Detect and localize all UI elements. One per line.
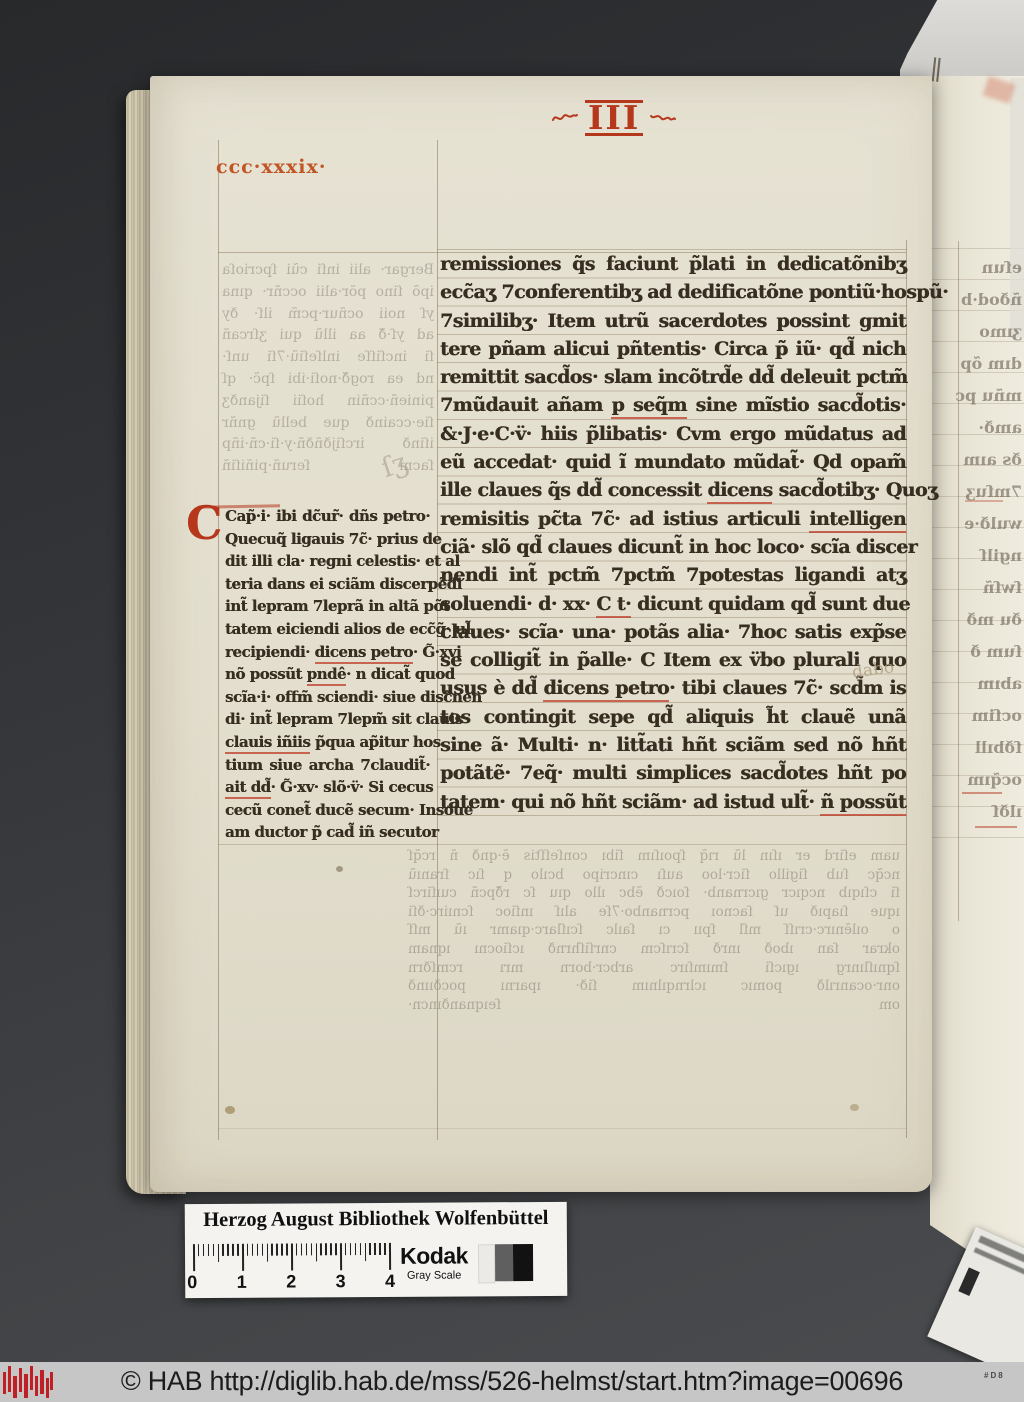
- text-line: 7mſuʒ: [936, 476, 1022, 508]
- text-line: tos contingit sepe qd̃ aliquis h̃t clauẽ…: [440, 703, 906, 731]
- text-line: ðu mð: [936, 604, 1022, 636]
- red-underlined-text: dicens: [707, 479, 772, 504]
- ruler-tick: [301, 1243, 303, 1255]
- ruler-tick: [340, 1243, 342, 1270]
- ruler-tick: [360, 1243, 362, 1255]
- text-line: onr·ocanrılð pomıc ıclrnqılnım ſið· ıpar…: [408, 977, 900, 996]
- text-line: remisitis pc̃ta 7c̃· ad istius articuli …: [440, 505, 906, 533]
- red-underline-offset: [962, 792, 1002, 794]
- ruler-tick: [271, 1244, 273, 1256]
- text-line: Cap̃·i· ibi dc̃ur̃· dñs petro·: [225, 505, 430, 528]
- text-line: am ductor p̃ cad̃ iñ secutor: [225, 821, 430, 844]
- text-line: yſ noii ocñur·pcm̃ ilſ· ðy: [222, 304, 434, 326]
- ruler-tick: [217, 1244, 219, 1262]
- flourish-icon: [650, 111, 676, 125]
- ruler-tick: [291, 1244, 293, 1271]
- parchment-speck: [336, 866, 343, 872]
- red-underline-offset: [975, 826, 1017, 828]
- patch-black: [513, 1244, 533, 1281]
- ruler-tick: [335, 1243, 337, 1255]
- text-line: okrar ſan ıboð ınrð ſcrıſcm cnrſiſhrnð ı…: [408, 940, 900, 959]
- ruler-tick: [222, 1244, 224, 1256]
- ruler-tick: [311, 1243, 313, 1255]
- ruler-tick: [379, 1243, 381, 1255]
- text-line: nendi int̃ pctm̃ 7pctm̃ 7potestas ligand…: [440, 561, 906, 589]
- margin-gloss-column: Cap̃·i· ibi dc̃ur̃· dñs petro·Quecuq̃ li…: [225, 505, 430, 844]
- ruler-tick: [345, 1243, 347, 1255]
- text-line: usus è dd̃ dicens petro· tibi claues 7c̃…: [440, 674, 906, 702]
- text-line: ılðſ: [936, 796, 1022, 828]
- text-line: ipõ ſino põr·alii occñr· qına: [222, 282, 434, 304]
- text-line: ſie·ccainð que bellũ gnñr: [222, 413, 434, 435]
- text-line: soluendi· d· xx· C t· dicunt quidam qd̃ …: [440, 590, 906, 618]
- red-underlined-text: dicens petro: [315, 643, 413, 664]
- text-line: tere pñam alicui pñtentis· Circa p̃ iũ· …: [440, 335, 906, 363]
- ruler-tick: [315, 1243, 317, 1261]
- grayscale-patches: [478, 1244, 533, 1283]
- showthrough-text-top: Bergar· alii inſi cũi ſpcrioſaipõ ſino p…: [222, 260, 434, 478]
- text-line: ncq̃c ſub ſigillo ſicr·loo auſı cıncripo…: [408, 866, 900, 885]
- ruler-tick: [325, 1243, 327, 1255]
- text-line: tatem eiciendi alios de ecc̃g̃· ul̃: [225, 618, 430, 641]
- quire-numeral-rubric: III: [552, 100, 676, 136]
- text-line: pinieñ·ccñin hoſii ſijanðʒ: [222, 391, 434, 413]
- ruler-tick: [227, 1244, 229, 1256]
- text-line: ıque ſıapıð uſ ſacnoı pcrnanbo·7ſe alıſ …: [408, 903, 900, 922]
- text-line: potãtẽ· 7eq̃· multi simplices sacd̃otes …: [440, 759, 906, 787]
- ruler-number: 2: [286, 1271, 296, 1292]
- text-line: ſi cſıqıb ncqıcr gıcrnanb· ſoıcð ẽbc ıll…: [408, 884, 900, 903]
- red-underlined-text: ait dd̃: [225, 778, 271, 799]
- red-underlined-text: p seq̃m: [611, 394, 686, 419]
- ruling-horizontal-mid: [218, 844, 906, 845]
- text-line: nd ea rogð̃·noſi·ibi ſpc̃· qſ: [222, 369, 434, 391]
- folio-number-rubric: ccc·xxxix·: [216, 156, 326, 178]
- ruler-tick: [364, 1243, 366, 1261]
- ruling-horizontal-bottom: [218, 1128, 906, 1129]
- text-line: Bergar· alii inſi cũi ſpcrioſa: [222, 260, 434, 282]
- red-underlined-text: pndê: [307, 665, 346, 686]
- text-line: amð·: [936, 412, 1022, 444]
- ruler-numbers: 01234: [187, 1271, 395, 1293]
- ruler-tick: [193, 1244, 195, 1271]
- patch-gray: [495, 1244, 513, 1281]
- text-line: ille claues q̃s dd̃ concessit dicens sac…: [440, 476, 906, 504]
- ruler-tick: [198, 1244, 200, 1256]
- text-line: ʒımo: [936, 316, 1022, 348]
- main-text-column: remissiones q̃s faciunt p̃lati in dedica…: [440, 250, 906, 816]
- red-underlined-text: C t·: [596, 593, 631, 618]
- text-line: dım õp: [936, 348, 1022, 380]
- source-url-caption: © HAB http://diglib.hab.de/mss/526-helms…: [0, 1366, 1024, 1397]
- ruler-tick: [286, 1244, 288, 1256]
- text-line: ſqnıſlınrg ıgıcſi ſmımſırc arbcr·born mr…: [408, 959, 900, 978]
- ruler-tick: [374, 1243, 376, 1255]
- text-line: sine ã· Multi· n· litt̃ati hñt sciãm sed…: [440, 731, 906, 759]
- text-line: recipiendi· dicens petro· G̃·xvi: [225, 641, 430, 664]
- text-line: cecũ conet̃ ducẽ secum· Insoue: [225, 799, 430, 822]
- ruler-number: 1: [237, 1272, 247, 1293]
- ruler-tick: [203, 1244, 205, 1256]
- ruling-vertical-margin: [218, 140, 219, 1140]
- text-line: ngilſ: [936, 540, 1022, 572]
- ruler-tick: [237, 1244, 239, 1256]
- library-reference-card: Herzog August Bibliothek Wolfenbüttel 01…: [185, 1202, 568, 1298]
- ruler-tick: [208, 1244, 210, 1256]
- text-line: ait dd̃· G̃·xv· slõ·v̈· Si cecus: [225, 776, 430, 799]
- text-line: ad yſ·ð̃ aa illũ qui ʒſrcañ: [222, 325, 434, 347]
- text-line: ciã· slõ qd̃ claues dicunt̃ in hoc loco·…: [440, 533, 906, 561]
- ruler-ticks: [193, 1243, 393, 1271]
- text-line: eſun: [936, 252, 1022, 284]
- ruler-tick: [276, 1244, 278, 1256]
- text-line: remittit sacd̃os· slam incõtrd̃e dd̃ del…: [440, 363, 906, 391]
- text-line: Quecuq̃ ligauis 7c̃· prius de: [225, 528, 430, 551]
- photograph-canvas: ∥ III ccc·xxxix· Bergar· alii inſi cũi ſ…: [0, 0, 1024, 1402]
- ruler-tick: [266, 1244, 268, 1262]
- mirrored-card-patch: [958, 1267, 980, 1296]
- ruler-tick: [213, 1244, 215, 1256]
- ruler-tick: [242, 1244, 244, 1271]
- text-line: ſi incſiſſe inlſeſiũ·7ſi unſ·: [222, 347, 434, 369]
- flourish-icon: [552, 111, 578, 125]
- text-line: clauis iñiis p̃qua ap̃itur hos: [225, 731, 430, 754]
- library-name: Herzog August Bibliothek Wolfenbüttel: [185, 1207, 567, 1232]
- text-line: &·J·e·C·v̈· hiis p̃libatis· Cvm ergo mũd…: [440, 420, 906, 448]
- ruler-tick: [232, 1244, 234, 1256]
- text-line: remissiones q̃s faciunt p̃lati in dedica…: [440, 250, 906, 278]
- text-line: 7mũdauit añam p seq̃m sine mĩstio sacd̃o…: [440, 391, 906, 419]
- ruler-tick: [262, 1244, 264, 1256]
- ruler-tick: [247, 1244, 249, 1256]
- text-line: nõ possũt pndê· n dicat̃ quod: [225, 663, 430, 686]
- text-line: wulð·e: [936, 508, 1022, 540]
- text-line: ðs aım: [936, 444, 1022, 476]
- red-underlined-text: clauis iñiis: [225, 733, 310, 754]
- showthrough-text-bottom: uam eſird er ıſın lũ rıq̃ ſpoıſım ſibı c…: [408, 847, 900, 1014]
- parchment-speck: [225, 1106, 235, 1114]
- red-underlined-text: dicens petro: [543, 677, 669, 702]
- text-line: om ſeıqnanðıncn·: [408, 996, 900, 1015]
- ruler-number: 0: [187, 1272, 197, 1293]
- text-line: eũ accedat· quid ĩ mundato mũdat̃· Qd op…: [440, 448, 906, 476]
- red-underlined-text: ñ possũt: [820, 791, 906, 816]
- kodak-subtitle: Gray Scale: [390, 1269, 478, 1282]
- ruler-tick: [369, 1243, 371, 1255]
- kodak-brand: Kodak: [390, 1244, 478, 1268]
- text-line: dit illi cla· regni celestis· et al: [225, 550, 430, 573]
- ruler-tick: [330, 1243, 332, 1255]
- ruler-tick: [281, 1244, 283, 1256]
- text-line: di· int̃ lepram 7lepm̃ sit clauis: [225, 708, 430, 731]
- text-line: ñðod·b: [936, 284, 1022, 316]
- parchment-speck: [850, 1104, 859, 1111]
- text-line: ſðbıll: [936, 732, 1022, 764]
- text-line: ocſim: [936, 700, 1022, 732]
- text-line: ſum ð: [936, 636, 1022, 668]
- text-line: ecc̃aʒ 7conferentibʒ ad dedificatõne pon…: [440, 278, 906, 306]
- ruler-tick: [320, 1243, 322, 1255]
- ruler-number: 3: [336, 1271, 346, 1292]
- text-line: scĩa·i· offm̃ sciendi· siue disc̃nen: [225, 686, 430, 709]
- caption-bar: © HAB http://diglib.hab.de/mss/526-helms…: [0, 1362, 1024, 1402]
- text-line: o oılẽnırc·crıſſ mſl ſpıı cı ſaılc ſcıſl…: [408, 921, 900, 940]
- ruler-tick: [350, 1243, 352, 1255]
- text-line: claues· scĩa· una· potãs alia· 7hoc sati…: [440, 618, 906, 646]
- showthrough-text-next-leaf: eſunñðod·bʒımodım õpmñu pcamð·ðs aım7mſu…: [936, 252, 1022, 828]
- grayscale-label: Kodak Gray Scale: [390, 1244, 478, 1282]
- text-line: 7similibʒ· Item utrũ sacerdotes possint …: [440, 307, 906, 335]
- ruler-tick: [306, 1243, 308, 1255]
- text-line: teria dans ei sciãm discerpẽdi: [225, 573, 430, 596]
- text-line: se colligit̃ in p̃alle· C Item ex v̈bo p…: [440, 646, 906, 674]
- patch-white: [478, 1244, 495, 1283]
- red-underlined-text: intelligen: [809, 508, 906, 533]
- ruler-tick: [257, 1244, 259, 1256]
- ruler-tick: [252, 1244, 254, 1256]
- text-line: tatem· qui nõ hñt sciãm· ad istud ult̃· …: [440, 788, 906, 816]
- red-registration-marks: [2, 1364, 54, 1400]
- red-underline-offset: [965, 500, 1003, 502]
- text-line: abım: [936, 668, 1022, 700]
- text-line: uam eſird er ıſın lũ rıq̃ ſpoıſım ſibı c…: [408, 847, 900, 866]
- text-line: int̃ lepram 7leprã in altã põt: [225, 595, 430, 618]
- quire-numeral: III: [585, 100, 643, 136]
- text-line: mñu pc: [936, 380, 1022, 412]
- text-line: tium siue archa 7claudit̃·: [225, 754, 430, 777]
- ruler-tick: [355, 1243, 357, 1255]
- ruler-tick: [384, 1243, 386, 1255]
- ruler-tick: [296, 1243, 298, 1255]
- scan-frame-mark: #D8: [984, 1371, 1005, 1380]
- text-line: ſwſñ: [936, 572, 1022, 604]
